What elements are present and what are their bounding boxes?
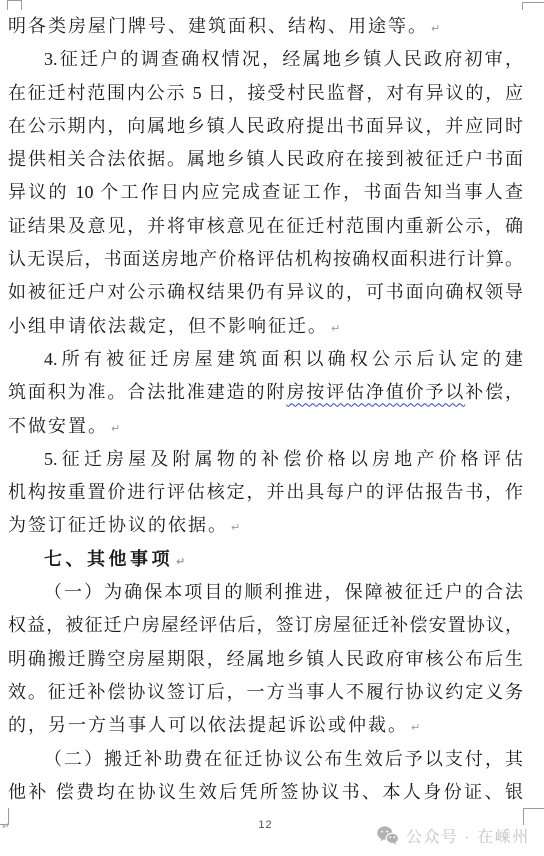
text-line: 认无误后，书面送房地产价格评估机构按确权面积进行计算。 — [8, 243, 523, 276]
wechat-icon — [377, 826, 399, 845]
paragraph-mark-icon: ↵ — [176, 555, 185, 568]
paragraph-mark-icon: ↵ — [411, 721, 420, 734]
text-line: 的，另一方当事人可以依法提起诉讼或仲裁。↵ — [8, 709, 523, 742]
text-line: 他补 偿费均在协议生效后凭所签协议书、本人身份证、银 — [8, 776, 523, 809]
text-line: 小组申请依法裁定，但不影响征迁。↵ — [8, 310, 523, 343]
paragraph-mark-icon: ↵ — [331, 322, 340, 335]
text-line: 七、其他事项↵ — [8, 543, 523, 576]
text-boundary-mark-top-left — [7, 0, 22, 10]
text-line: 在公示期内，向属地乡镇人民政府提出书面异议，并应同时 — [8, 110, 523, 143]
paragraph-mark-icon: ↵ — [111, 422, 120, 435]
text-line: 在征迁村范围内公示 5 日，接受村民监督，对有异议的，应 — [8, 77, 523, 110]
text-line: 效。征迁补偿协议签订后，一方当事人不履行协议约定义务 — [8, 676, 523, 709]
text-block: 明各类房屋门牌号、建筑面积、结构、用途等。↵3.征迁户的调查确权情况，经属地乡镇… — [8, 10, 523, 809]
watermark: 公众号 · 在嵊州 — [377, 825, 530, 845]
text-boundary-mark-bottom-right — [523, 808, 544, 825]
text-line: 5.征迁房屋及附属物的补偿价格以房地产价格评估 — [8, 443, 523, 476]
paragraph-mark-icon: ↵ — [431, 22, 440, 35]
text-line: 证结果及意见，并将审核意见在征迁村范围内重新公示，确 — [8, 210, 523, 243]
text-line: 权益，被征迁户房屋经评估后，签订房屋征迁补偿安置协议， — [8, 609, 523, 642]
text-line: （二）搬迁补助费在征迁协议公布生效后予以支付，其 — [8, 743, 523, 776]
text-line: 异议的 10 个工作日内应完成查证工作，书面告知当事人查 — [8, 176, 523, 209]
spellcheck-wavy-underline: 房按评估净值价予以 — [286, 382, 465, 402]
text-line: （一）为确保本项目的顺利推进，保障被征迁户的合法 — [8, 576, 523, 609]
text-line: 明各类房屋门牌号、建筑面积、结构、用途等。↵ — [8, 10, 523, 43]
text-line: 机构按重置价进行评估核定，并出具每户的评估报告书，作 — [8, 476, 523, 509]
text-line: 明确搬迁腾空房屋期限，经属地乡镇人民政府审核公布后生 — [8, 643, 523, 676]
watermark-text: 公众号 · 在嵊州 — [406, 824, 530, 847]
document-page: 明各类房屋门牌号、建筑面积、结构、用途等。↵3.征迁户的调查确权情况，经属地乡镇… — [0, 0, 544, 856]
text-line: 4.所有被征迁房屋建筑面积以确权公示后认定的建 — [8, 343, 523, 376]
text-line: 3.征迁户的调查确权情况，经属地乡镇人民政府初审， — [8, 43, 523, 76]
text-line: 为签订征迁协议的依据。↵ — [8, 509, 523, 542]
text-line: 如被征迁户对公示确权结果仍有异议的，可书面向确权领导 — [8, 276, 523, 309]
text-line: 不做安置。↵ — [8, 410, 523, 443]
text-line: 筑面积为准。合法批准建造的附房按评估净值价予以补偿， — [8, 376, 523, 409]
paragraph-mark-icon: ↵ — [231, 521, 240, 534]
text-line: 提供相关合法依据。属地乡镇人民政府在接到被征迁户书面 — [8, 143, 523, 176]
text-boundary-mark-top-right — [522, 2, 544, 10]
